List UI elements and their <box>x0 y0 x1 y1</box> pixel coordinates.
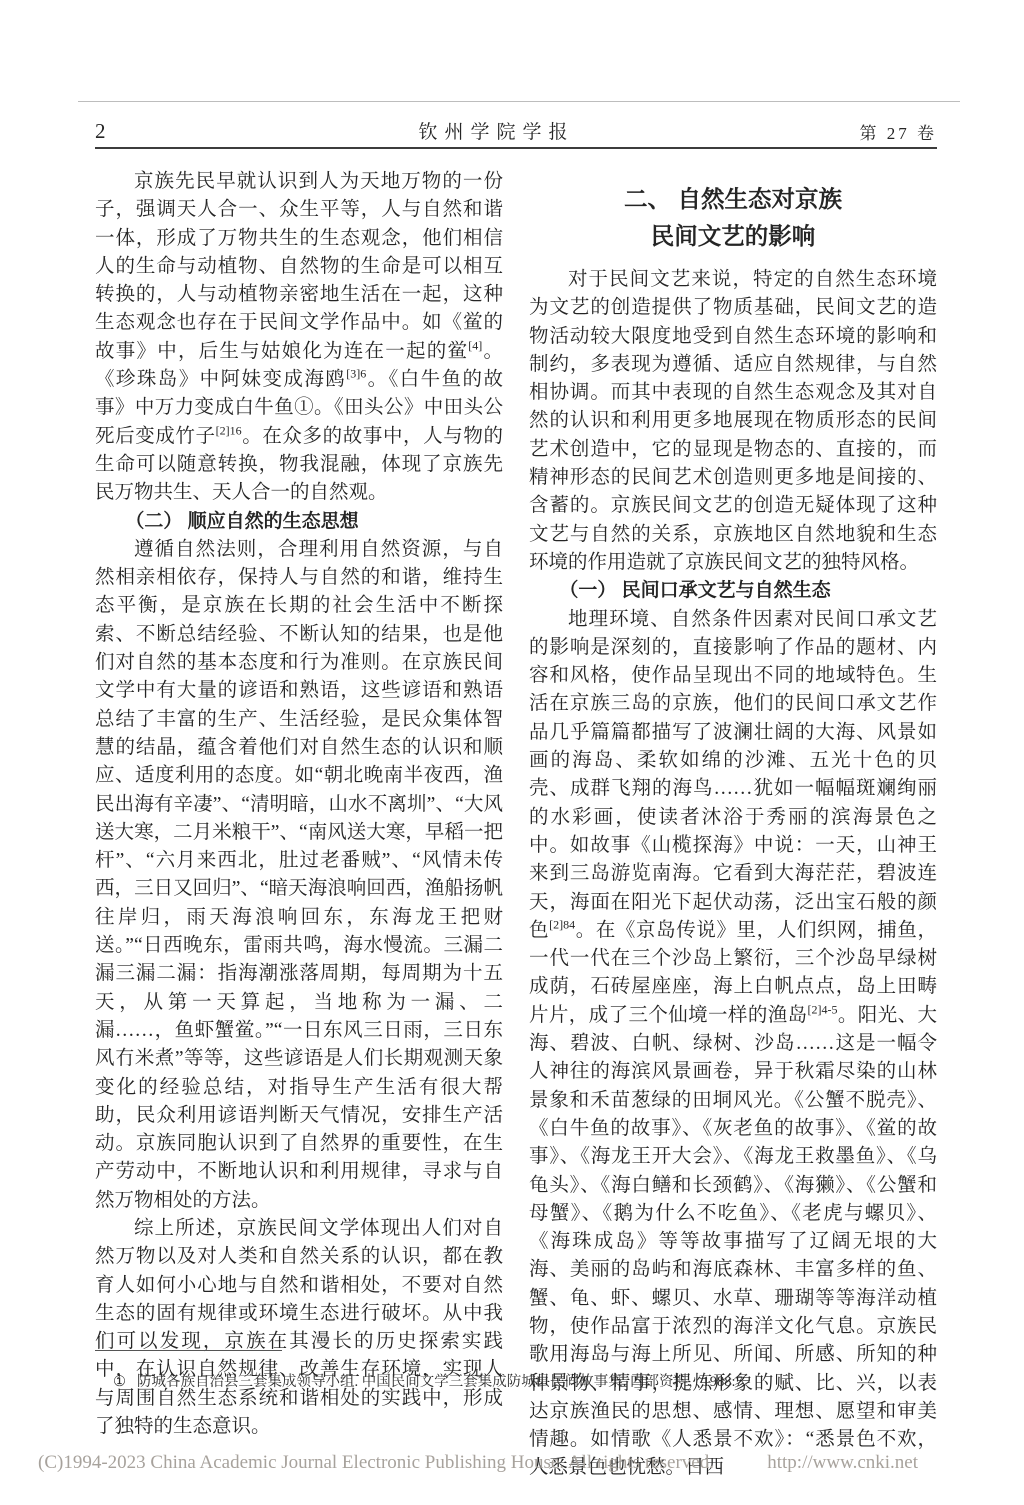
paragraph: 综上所述，京族民间文学体现出人们对自然万物以及对人类和自然关系的认识，都在教育人… <box>95 1215 503 1441</box>
copyright-text: (C)1994-2023 China Academic Journal Elec… <box>38 1452 714 1474</box>
header-rule <box>95 147 937 149</box>
footnote-marker: ① <box>113 1374 126 1390</box>
subsection-heading: （一） 民间口承文艺与自然生态 <box>529 577 937 605</box>
paragraph: 对于民间文艺来说，特定的自然生态环境为文艺的创造提供了物质基础，民间文艺的造物活… <box>529 266 937 577</box>
citation-superscript: [3]6 <box>346 367 366 381</box>
section-heading-line1: 二、 自然生态对京族 <box>529 181 937 218</box>
subsection-heading: （二） 顺应自然的生态思想 <box>95 508 503 536</box>
citation-superscript: [2]84 <box>549 917 575 931</box>
left-column: 京族先民早就认识到人为天地万物的一份子，强调天人合一、众生平等，人与自然和谐一体… <box>95 168 503 1483</box>
cnki-url: http://www.cnki.net <box>767 1452 918 1474</box>
right-column: 二、 自然生态对京族 民间文艺的影响 对于民间文艺来说，特定的自然生态环境为文艺… <box>529 168 937 1483</box>
paragraph: 地理环境、自然条件因素对民间口承文艺的影响是深刻的，直接影响了作品的题材、内容和… <box>529 606 937 1483</box>
scan-artifact-line <box>78 101 960 102</box>
footnote-separator <box>95 1350 282 1351</box>
footnote-text: 防城各族自治县三套集成领导小组. 中国民间文学三套集成防城县民间故事集. 内部资… <box>137 1374 746 1390</box>
page-number: 2 <box>95 119 106 144</box>
right-column-blocks: 对于民间文艺来说，特定的自然生态环境为文艺的创造提供了物质基础，民间文艺的造物活… <box>529 266 937 1483</box>
section-heading-line2: 民间文艺的影响 <box>529 218 937 255</box>
paragraph: 京族先民早就认识到人为天地万物的一份子，强调天人合一、众生平等，人与自然和谐一体… <box>95 168 503 508</box>
journal-page: 2 钦州学院学报 第 27 卷 京族先民早就认识到人为天地万物的一份子，强调天人… <box>0 0 1024 1505</box>
footnote: ①防城各族自治县三套集成领导小组. 中国民间文学三套集成防城县民间故事集. 内部… <box>113 1372 937 1392</box>
section-heading: 二、 自然生态对京族 民间文艺的影响 <box>529 181 937 255</box>
paragraph: 遵循自然法则，合理利用自然资源，与自然相亲相依存，保持人与自然的和谐，维持生态平… <box>95 536 503 1215</box>
citation-superscript: [4] <box>468 338 482 352</box>
citation-superscript: [2]16 <box>216 423 242 437</box>
cnki-footer: (C)1994-2023 China Academic Journal Elec… <box>38 1452 918 1474</box>
page-header: 2 钦州学院学报 第 27 卷 <box>95 108 937 144</box>
article-body: 京族先民早就认识到人为天地万物的一份子，强调天人合一、众生平等，人与自然和谐一体… <box>95 168 937 1483</box>
citation-superscript: [2]4-5 <box>808 1002 838 1016</box>
journal-title: 钦州学院学报 <box>418 117 574 144</box>
volume-label: 第 27 卷 <box>859 119 937 144</box>
